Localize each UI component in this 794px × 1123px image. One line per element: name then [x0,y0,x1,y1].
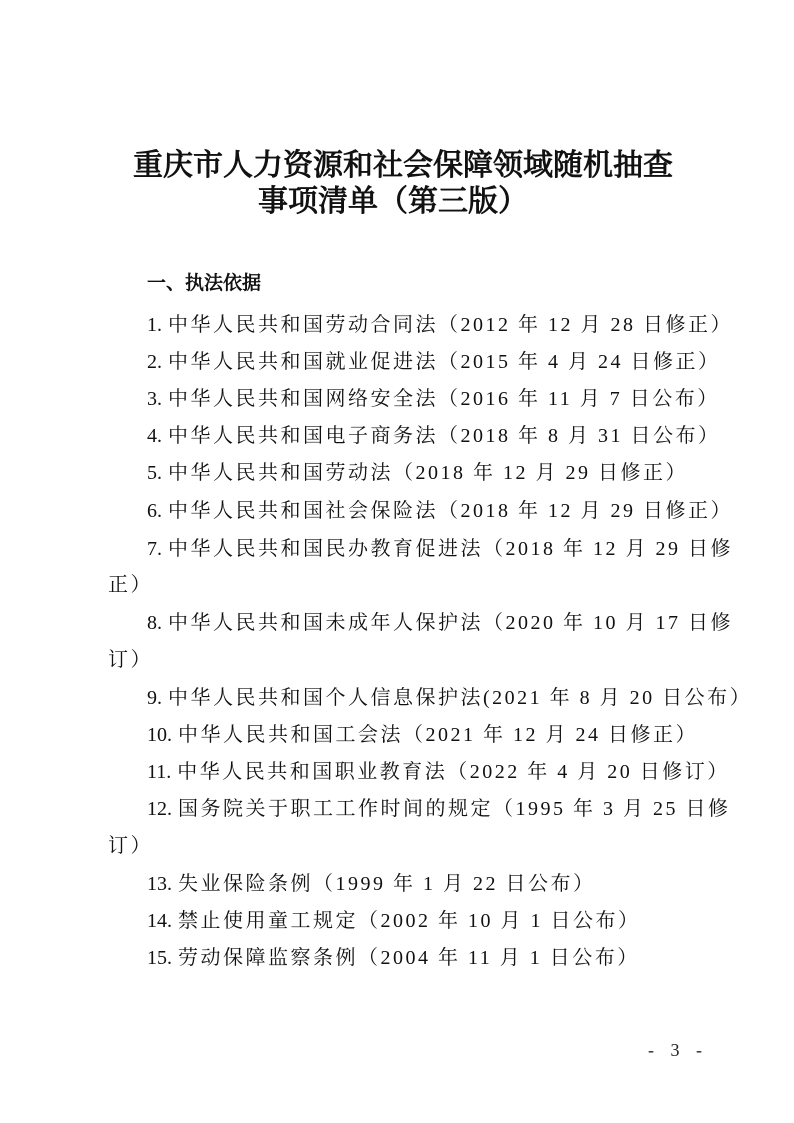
list-item: 12.国务院关于职工工作时间的规定（1995 年 3 月 25 日修 [147,792,731,821]
list-item: 7.中华人民共和国民办教育促进法（2018 年 12 月 29 日修 [147,532,733,561]
list-item: 10.中华人民共和国工会法（2021 年 12 月 24 日修正） [147,718,698,747]
list-item: 8.中华人民共和国未成年人保护法（2020 年 10 月 17 日修 [147,606,733,635]
list-item: 2.中华人民共和国就业促进法（2015 年 4 月 24 日修正） [147,345,721,374]
list-item: 6.中华人民共和国社会保险法（2018 年 12 月 29 日修正） [147,494,733,523]
document-title-line2: 事项清单（第三版） [0,176,790,220]
list-item: 3.中华人民共和国网络安全法（2016 年 11 月 7 日公布） [147,382,720,411]
page-number: - 3 - [648,1040,708,1061]
list-item: 11.中华人民共和国职业教育法（2022 年 4 月 20 日修订） [147,755,730,784]
section-heading: 一、执法依据 [147,268,261,295]
list-item: 5.中华人民共和国劳动法（2018 年 12 月 29 日修正） [147,456,688,485]
list-item: 9.中华人民共和国个人信息保护法(2021 年 8 月 20 日公布） [147,681,752,710]
list-item-continuation: 正） [108,568,153,597]
list-item: 14.禁止使用童工规定（2002 年 10 月 1 日公布） [147,904,641,933]
list-item-continuation: 订） [108,829,153,858]
list-item: 13.失业保险条例（1999 年 1 月 22 日公布） [147,867,596,896]
list-item-continuation: 订） [108,643,153,672]
list-item: 1.中华人民共和国劳动合同法（2012 年 12 月 28 日修正） [147,308,733,337]
document-page: 重庆市人力资源和社会保障领域随机抽查 事项清单（第三版） 一、执法依据 1.中华… [0,0,794,1123]
list-item: 15.劳动保障监察条例（2004 年 11 月 1 日公布） [147,941,640,970]
list-item: 4.中华人民共和国电子商务法（2018 年 8 月 31 日公布） [147,419,721,448]
